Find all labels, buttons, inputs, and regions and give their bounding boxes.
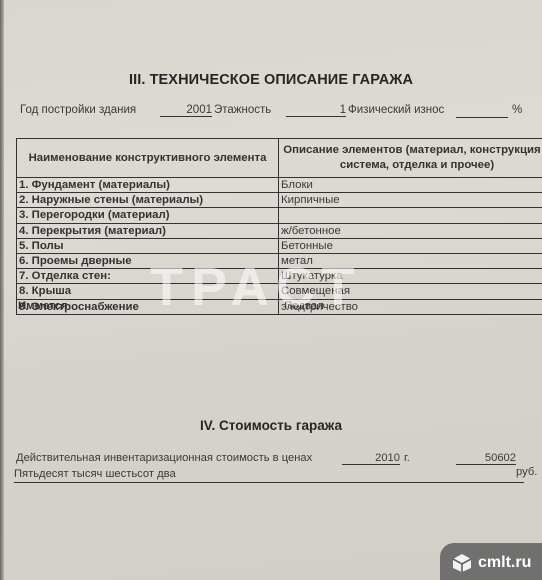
construction-elements-table: Наименование конструктивного элемента Оп… <box>16 138 542 315</box>
exists-value: Подвал <box>284 300 324 312</box>
element-description <box>279 208 542 223</box>
wear-value <box>456 104 508 118</box>
section-3-title: III. ТЕХНИЧЕСКОЕ ОПИСАНИЕ ГАРАЖА <box>0 72 542 88</box>
table-row: 6. Проемы дверныеметал <box>17 253 542 268</box>
table-row: 8. КрышаСовмещеная <box>17 284 542 299</box>
element-name: 4. Перекрытия (материал) <box>17 223 279 238</box>
element-description: Штукатурка <box>279 269 542 284</box>
table-row: 9. Электроснабжениеэлектричество <box>17 299 542 314</box>
header-element-description: Описание элементов (материал, конструкци… <box>279 139 542 178</box>
element-name: 2. Наружные стены (материалы) <box>17 193 279 208</box>
table-row: 3. Перегородки (материал) <box>17 208 542 223</box>
table-row: 1. Фундамент (материалы)Блоки <box>17 178 542 193</box>
element-description: Бетонные <box>279 238 542 253</box>
element-description: ж/бетонное <box>279 223 542 238</box>
cost-value: 50602 <box>456 452 516 465</box>
wear-label: Физический износ <box>348 104 444 116</box>
table-row: 2. Наружные стены (материалы)Кирпичные <box>17 193 542 208</box>
year-label: Год постройки здания <box>20 104 136 116</box>
table-row: 5. ПолыБетонные <box>17 238 542 253</box>
element-description: Блоки <box>279 178 542 193</box>
floors-label: Этажность <box>214 104 271 116</box>
cost-in-words: Пятьдесят тысяч шестьсот два <box>14 468 524 483</box>
site-badge-label: cmlt.ru <box>478 554 531 572</box>
wear-unit: % <box>512 104 522 116</box>
element-name: 3. Перегородки (материал) <box>17 208 279 223</box>
currency: руб. <box>516 466 537 478</box>
cost-label: Действительная инвентаризационная стоимо… <box>16 452 312 464</box>
element-description: Кирпичные <box>279 193 542 208</box>
cost-row: Действительная инвентаризационная стоимо… <box>16 452 312 464</box>
floors-value: 1 <box>286 104 346 117</box>
element-description: Совмещеная <box>279 284 542 299</box>
element-description: метал <box>279 253 542 268</box>
cube-logo-icon <box>452 553 472 573</box>
cost-year: 2010 <box>342 452 400 465</box>
element-name: 7. Отделка стен: <box>17 269 279 284</box>
year-suffix: г. <box>404 452 410 464</box>
element-name: 5. Полы <box>17 238 279 253</box>
section-4-title: IV. Стоимость гаража <box>0 418 542 433</box>
exists-label: Иммется <box>18 300 68 312</box>
header-element-name: Наименование конструктивного элемента <box>17 139 279 178</box>
element-name: 6. Проемы дверные <box>17 253 279 268</box>
element-name: 1. Фундамент (материалы) <box>17 178 279 193</box>
table-row: 4. Перекрытия (материал)ж/бетонное <box>17 223 542 238</box>
site-badge[interactable]: cmlt.ru <box>440 543 542 580</box>
element-name: 8. Крыша <box>17 284 279 299</box>
table-row: 7. Отделка стен:Штукатурка <box>17 269 542 284</box>
year-value: 2001 <box>160 104 212 117</box>
